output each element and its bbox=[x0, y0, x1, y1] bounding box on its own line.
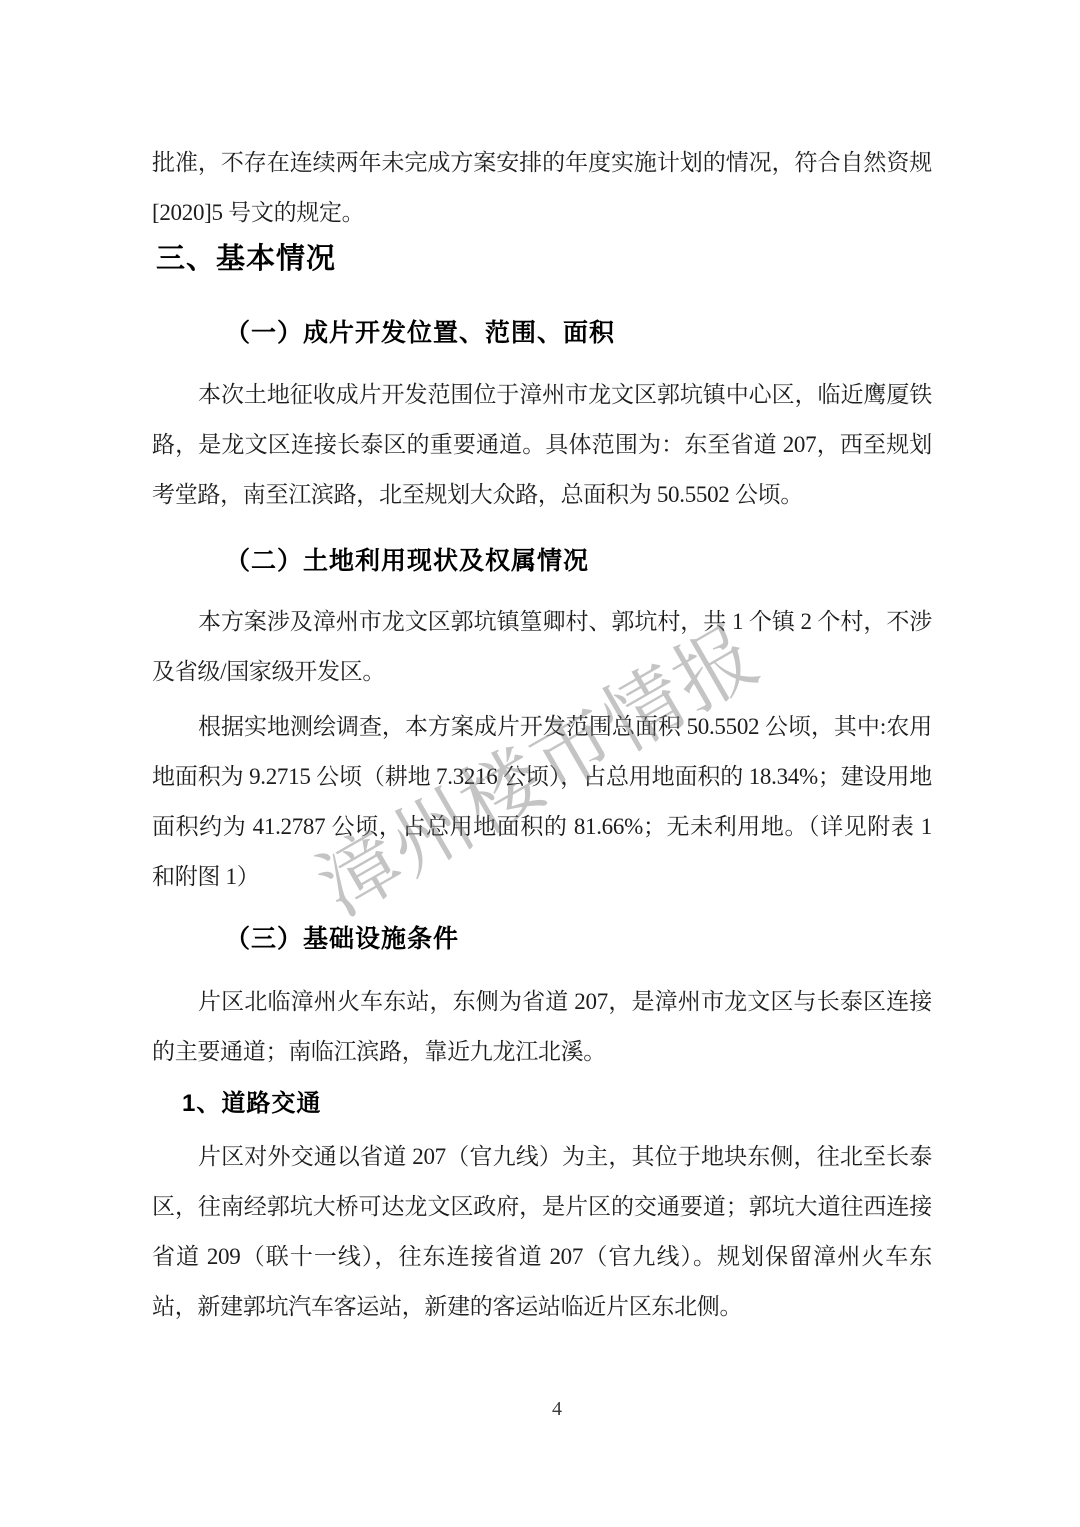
page-number: 4 bbox=[0, 1398, 1080, 1421]
section-heading-1: （一）成片开发位置、范围、面积 bbox=[152, 315, 932, 351]
section3-paragraph: 片区北临漳州火车东站，东侧为省道 207，是漳州市龙文区与长泰区连接的主要通道；… bbox=[152, 977, 932, 1077]
paragraph-continuation: 批准，不存在连续两年未完成方案安排的年度实施计划的情况，符合自然资规[2020]… bbox=[152, 138, 932, 238]
subsection-road-traffic-paragraph: 片区对外交通以省道 207（官九线）为主，其位于地块东侧，往北至长泰区，往南经郭… bbox=[152, 1132, 932, 1332]
section1-paragraph: 本次土地征收成片开发范围位于漳州市龙文区郭坑镇中心区，临近鹰厦铁路，是龙文区连接… bbox=[152, 370, 932, 520]
document-page: 批准，不存在连续两年未完成方案安排的年度实施计划的情况，符合自然资规[2020]… bbox=[0, 0, 1080, 1527]
chapter-heading: 三、基本情况 bbox=[156, 239, 936, 279]
section-heading-3: （三）基础设施条件 bbox=[152, 921, 932, 957]
section-heading-2: （二）土地利用现状及权属情况 bbox=[152, 543, 932, 579]
section2-paragraph-1: 本方案涉及漳州市龙文区郭坑镇篁卿村、郭坑村，共 1 个镇 2 个村，不涉及省级/… bbox=[152, 597, 932, 697]
subsection-heading-road-traffic: 1、道路交通 bbox=[152, 1089, 932, 1119]
section2-paragraph-2: 根据实地测绘调查，本方案成片开发范围总面积 50.5502 公顷，其中:农用地面… bbox=[152, 702, 932, 902]
